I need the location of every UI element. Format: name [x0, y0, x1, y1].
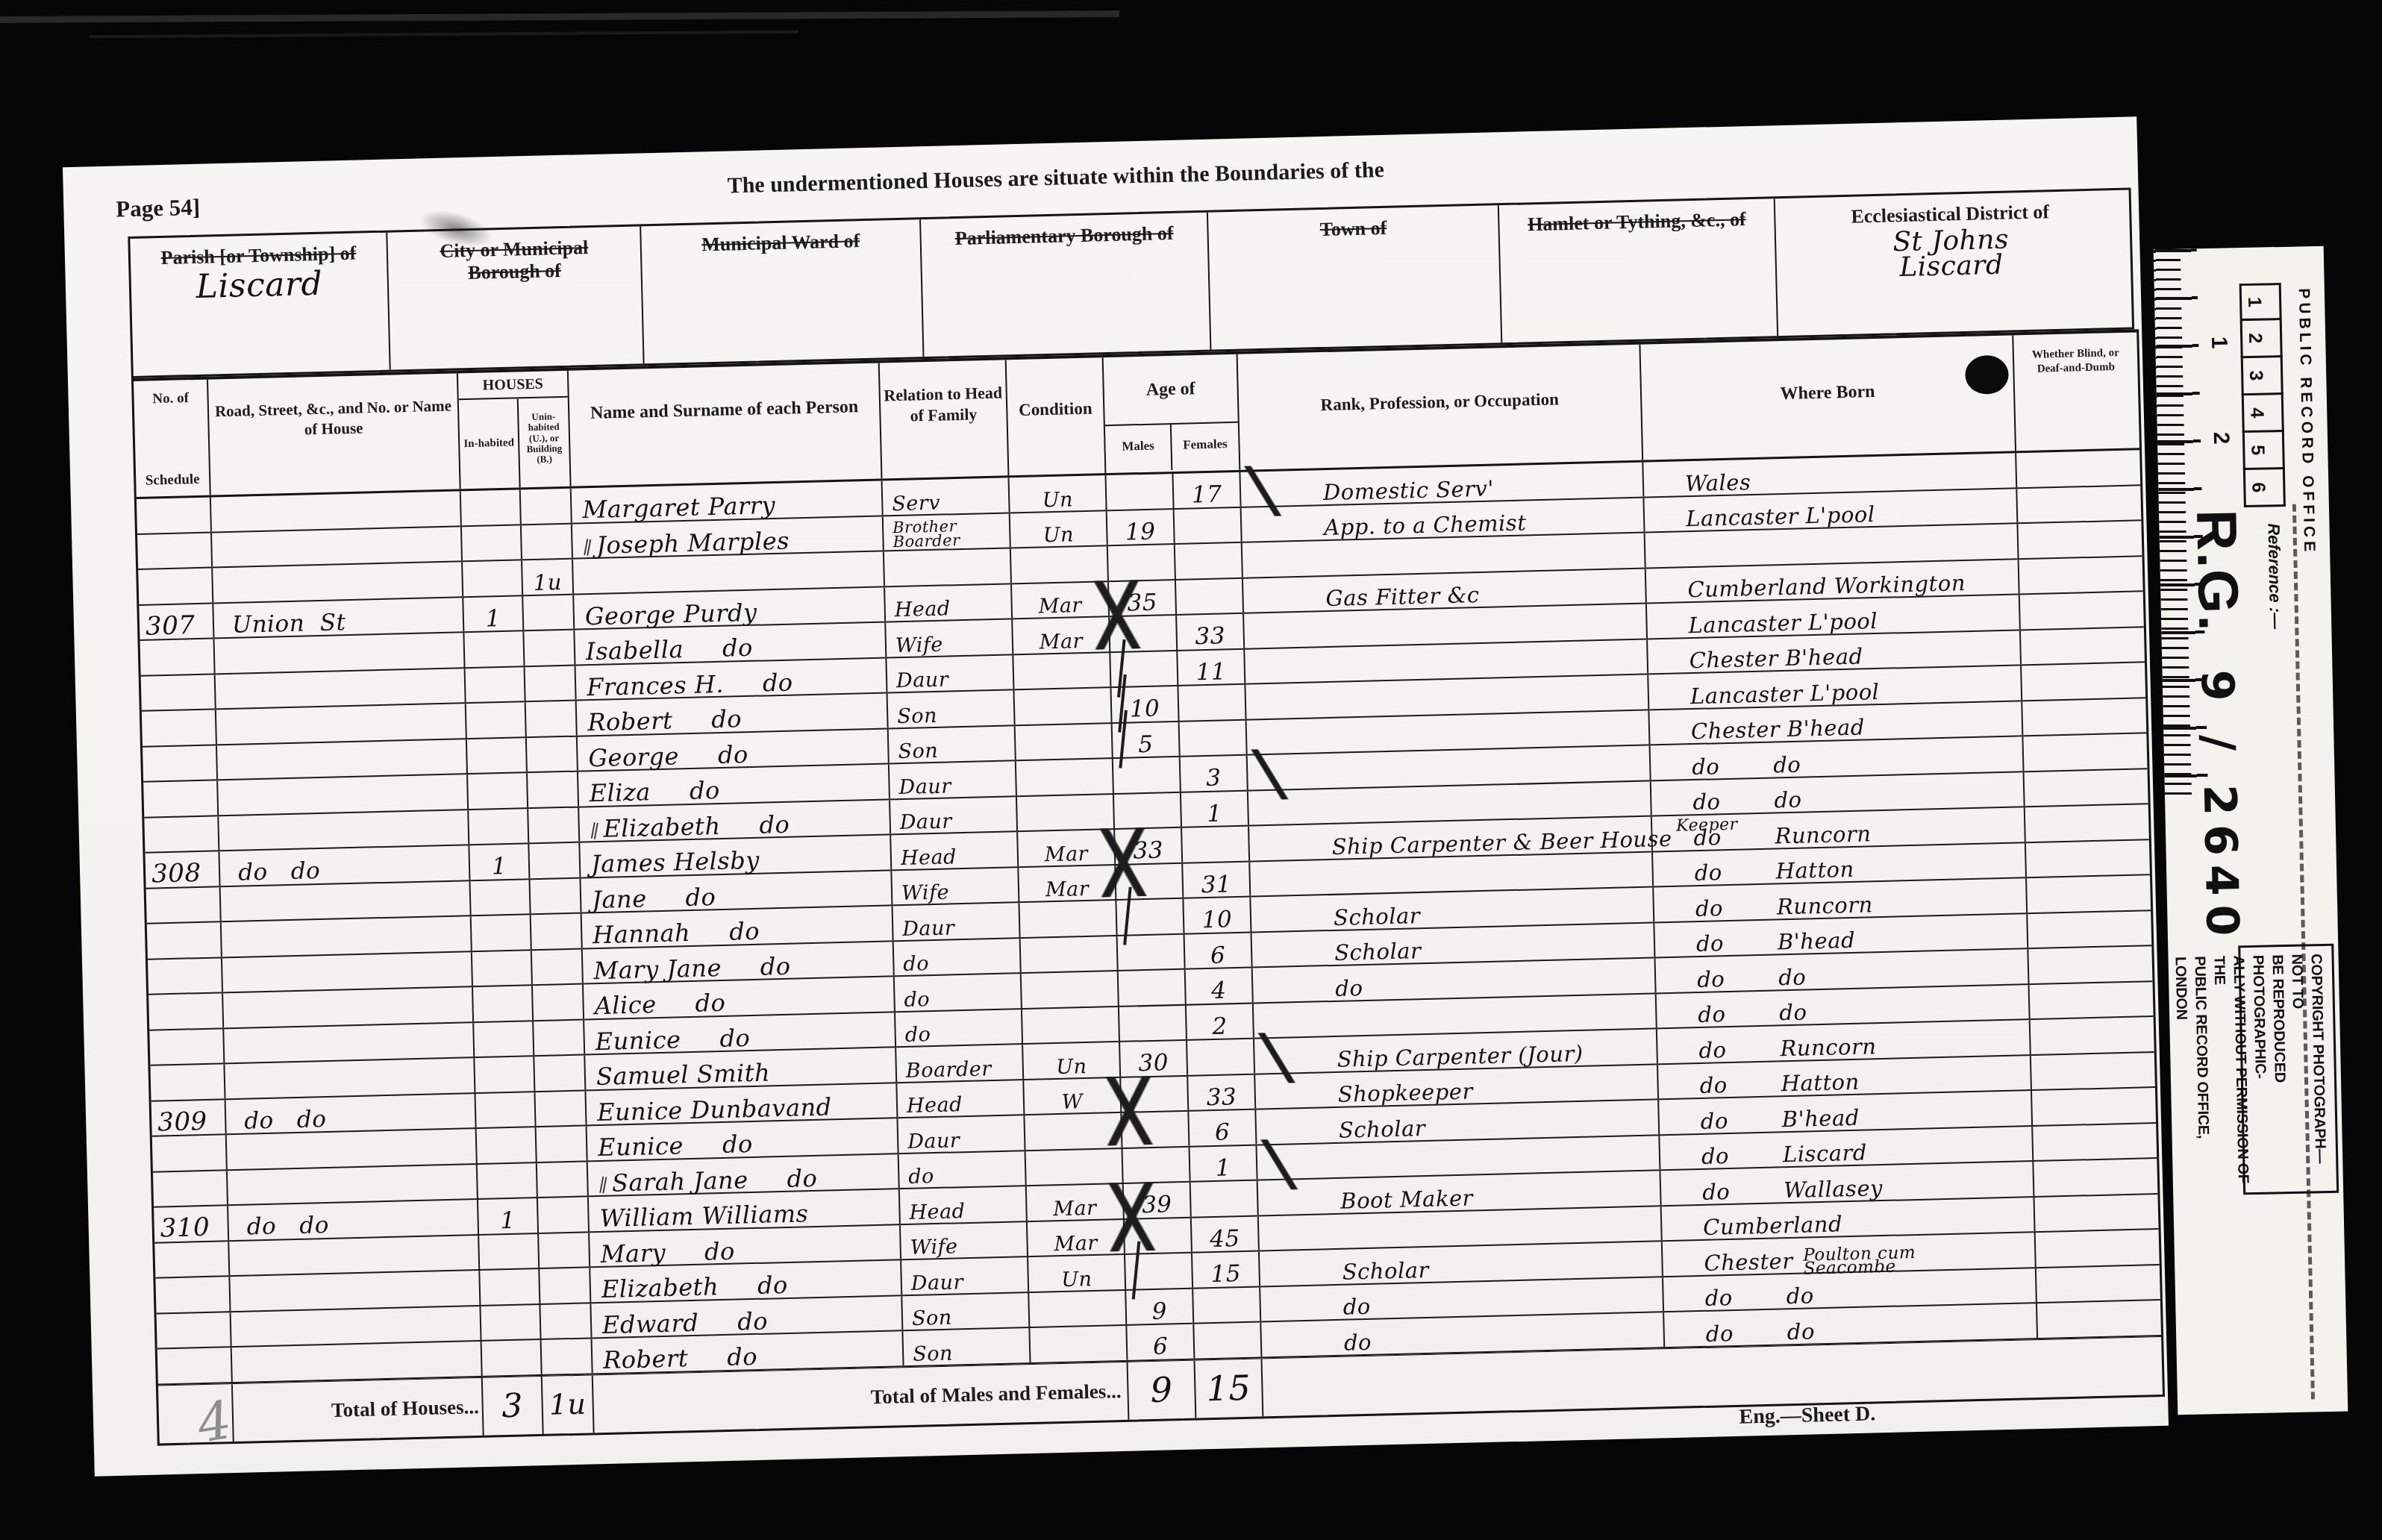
ditto-mark: do [760, 954, 790, 977]
header-where-born: Where Born [1640, 335, 2016, 460]
birthplace-text: B'head [1778, 930, 1856, 953]
ditto-mark: do [1692, 757, 1720, 777]
ditto-mark: do [1695, 898, 1724, 919]
occupation-text: Scholar [1334, 942, 1422, 964]
birthplace-text: do [1778, 967, 1807, 988]
cell-age-male [1125, 1253, 1193, 1289]
cell-schedule-number [143, 745, 218, 781]
cell-age-female: 17 [1173, 472, 1241, 508]
cell-blind [2022, 698, 2146, 736]
centimetre-scale-boxes: 123456 [2239, 283, 2286, 507]
ditto-mark: do [1694, 863, 1722, 884]
relation-text: Son [897, 707, 937, 727]
cell-uninhabited [537, 1162, 589, 1197]
occupation-text: Scholar [1334, 906, 1421, 928]
boundary-field: Municipal Ward of [641, 219, 924, 363]
cell-inhabited [468, 773, 528, 808]
ditto-mark: do [1702, 1182, 1731, 1203]
cell-age-male [1119, 1005, 1187, 1041]
occupation-text: do [1344, 1333, 1372, 1353]
relation-text: Daur [907, 1131, 960, 1151]
birthplace-text: Cumberland [1703, 1215, 1842, 1239]
cell-condition [1013, 653, 1111, 689]
scale-box-number: 4 [2242, 395, 2284, 433]
boundary-field: Ecclesiastical District ofSt Johns Lisca… [1775, 190, 2128, 336]
inch-number: 2 [2208, 431, 2233, 444]
cell-road [228, 1165, 478, 1205]
cell-uninhabited [522, 524, 573, 559]
cell-condition [1026, 1148, 1124, 1185]
person-name: Elizabeth [601, 1275, 719, 1300]
cell-inhabited [477, 1127, 537, 1162]
birthplace-text: Wallasey [1784, 1178, 1883, 1201]
reference-label: Reference :— [2263, 523, 2285, 629]
cell-inhabited [469, 809, 529, 844]
ditto-mark: do [787, 1167, 817, 1190]
boundary-field: City or Municipal Borough of [387, 226, 644, 369]
ditto-mark: do [718, 743, 748, 766]
cell-relation: Daur [887, 655, 1014, 692]
header-schedule: No. of Schedule [134, 380, 211, 497]
cell-blind [2028, 946, 2152, 983]
scale-box-number: 5 [2242, 432, 2285, 470]
boundary-field: Parish [or Township] ofLiscard [130, 233, 390, 376]
person-name: Isabella [586, 638, 684, 663]
cell-name: ∥Elizabethdo [579, 800, 891, 842]
cell-condition: Un [1010, 511, 1108, 548]
person-name: George [588, 745, 679, 769]
relation-text: do [908, 1167, 934, 1186]
cell-inhabited [475, 1092, 536, 1127]
person-name: Alice [594, 993, 657, 1017]
cell-road: do do [226, 1094, 477, 1134]
cell-blind [2036, 1230, 2160, 1267]
person-name: Eunice [595, 1028, 681, 1053]
cell-name: Hannahdo [582, 906, 894, 948]
birthplace-text: Runcorn [1777, 895, 1874, 918]
cell-relation: Daur [890, 797, 1018, 834]
ditto-mark: do [727, 1345, 757, 1368]
scale-box-number: 3 [2241, 357, 2283, 395]
occupation-superscript: Keeper [1676, 817, 1738, 834]
copyright-line: PUBLIC RECORD OFFICE, LONDON [2171, 956, 2215, 1189]
birthplace-text: do [1773, 755, 1801, 776]
cell-age-female: 33 [1177, 614, 1245, 650]
cell-inhabited: 1 [469, 844, 530, 879]
cell-uninhabited [534, 1055, 586, 1090]
cell-inhabited [482, 1340, 543, 1375]
cell-condition [1011, 546, 1109, 583]
cell-age-female [1175, 543, 1243, 579]
cell-age-male: 33 [1115, 828, 1183, 864]
cell-inhabited [466, 667, 526, 702]
cell-uninhabited [528, 772, 579, 807]
cell-age-female [1178, 685, 1246, 721]
relation-text: Daur [902, 918, 955, 939]
cell-relation: Boarder [896, 1045, 1024, 1082]
cell-relation: BrotherBoarder [884, 513, 1011, 551]
strip-content: PUBLIC RECORD OFFICE 123456 12 Reference… [2154, 246, 2348, 1415]
cell-name: William Williams [589, 1189, 901, 1231]
cell-condition: W [1024, 1077, 1122, 1114]
cell-road: do do [219, 845, 470, 886]
cell-relation: Daur [898, 1115, 1025, 1153]
cell-name: ∥Joseph Marples [572, 516, 884, 558]
cell-blind [2031, 1053, 2155, 1090]
cell-age-female: 45 [1192, 1216, 1260, 1252]
cell-blind [2016, 450, 2140, 487]
cell-blind [2026, 840, 2150, 877]
cell-schedule-number [137, 533, 213, 569]
cell-blind [2022, 663, 2145, 700]
cell-relation [884, 548, 1012, 586]
cell-age-female: 31 [1183, 862, 1251, 898]
cell-name: Frances H.do [575, 658, 887, 700]
cell-age-female: 15 [1192, 1251, 1260, 1287]
cell-condition: Mar [1019, 866, 1116, 902]
cell-inhabited: 1 [463, 596, 524, 631]
relation-text: Daur [898, 777, 951, 797]
cell-condition [1022, 971, 1119, 1008]
film-scratch [0, 10, 1119, 23]
cell-name: Marydo [590, 1225, 901, 1267]
person-name: Sarah Jane [612, 1168, 748, 1195]
cell-condition: Mar [1012, 582, 1110, 619]
cell-condition: Un [1010, 475, 1107, 512]
header-blind: Whether Blind, or Deaf-and-Dumb [2013, 332, 2139, 451]
scale-box-number: 1 [2239, 283, 2282, 321]
cell-condition: Un [1028, 1255, 1126, 1292]
cell-uninhabited [533, 984, 584, 1019]
person-name: Mary Jane [593, 957, 722, 983]
cell-schedule-number [142, 710, 217, 745]
boundary-field: Parliamentary Borough of [921, 213, 1211, 357]
relation-text: Head [909, 1202, 966, 1222]
ditto-mark: do [711, 707, 742, 730]
person-name: Jane [592, 887, 647, 911]
cell-uninhabited [534, 1020, 585, 1055]
header-inhabited: In-habited [459, 398, 521, 489]
person-name: Elizabeth [603, 815, 721, 840]
scale-box-number: 6 [2243, 469, 2286, 507]
cell-relation: Daur [890, 761, 1017, 798]
cell-name: Elizabethdo [590, 1260, 902, 1302]
cell-age-male [1108, 545, 1176, 580]
header-road: Road, Street, &c., and No. or Name of Ho… [208, 373, 461, 495]
birthplace-text: Lancaster L'pool [1690, 682, 1880, 707]
cell-uninhabited [539, 1233, 590, 1268]
header-houses: HOUSES In-habited Unin-habited (U.), or … [458, 371, 572, 489]
header-females: Females [1172, 423, 1239, 470]
cell-condition [1017, 795, 1115, 831]
ditto-mark: do [729, 920, 760, 943]
cell-age-male: 6 [1127, 1324, 1195, 1360]
birthplace-text: do [1774, 790, 1802, 811]
cell-age-female: 1 [1181, 791, 1249, 827]
ditto-mark: do [695, 992, 725, 1015]
cell-name: James Helsby [580, 835, 892, 877]
cell-blind [2037, 1300, 2161, 1338]
person-name: Samuel Smith [596, 1062, 771, 1089]
cell-name: Robertdo [577, 693, 889, 735]
cell-uninhabited [542, 1339, 593, 1374]
cell-condition: Mar [1018, 830, 1116, 866]
cell-uninhabited [538, 1197, 590, 1232]
person-name: Mary [600, 1242, 666, 1266]
cell-age-male: 9 [1126, 1289, 1194, 1324]
ditto-mark: do [757, 1274, 788, 1297]
cell-age-male: 19 [1107, 509, 1175, 545]
cell-blind [2031, 1017, 2154, 1054]
header-age: Age of Males Females [1104, 354, 1241, 473]
ditto-mark: do [759, 813, 790, 836]
copyright-line: ALLY WITHOUT PERMISSION OF THE [2210, 955, 2254, 1189]
cell-blind [2017, 486, 2141, 523]
cell-road [212, 527, 463, 567]
ditto-mark: do [1701, 1111, 1729, 1132]
cell-inhabited [466, 702, 527, 737]
cell-inhabited [475, 1057, 535, 1092]
cell-uninhabited [540, 1268, 591, 1303]
relation-text: Head [895, 600, 951, 620]
cell-inhabited: 1 [478, 1198, 539, 1233]
cell-relation: Daur [893, 903, 1020, 940]
cell-uninhabited [532, 949, 584, 984]
cell-uninhabited: 1u [522, 560, 574, 595]
ditto-mark: do [722, 1133, 753, 1156]
ditto-mark: do [1706, 1324, 1734, 1345]
cell-relation: do [895, 1010, 1023, 1047]
birthplace-text: Runcorn [1780, 1036, 1877, 1059]
cell-age-female [1182, 827, 1250, 863]
cell-age-female: 33 [1188, 1074, 1256, 1110]
cell-relation: Wife [892, 868, 1019, 905]
reference-number: 9 / 2640 [2190, 669, 2248, 945]
cell-schedule-number [146, 887, 222, 923]
boundary-field-value: Liscard [131, 267, 387, 304]
ditto-mark: do [1704, 1288, 1733, 1309]
cell-blind [2034, 1195, 2158, 1232]
totals-males-value: 9 [1128, 1360, 1197, 1419]
cell-age-male [1125, 1218, 1192, 1253]
enumerator-tick: ∥ [582, 539, 594, 558]
cell-uninhabited [526, 701, 578, 736]
ditto-mark: do [1696, 934, 1725, 955]
cell-name: Edwarddo [591, 1296, 903, 1338]
cell-blind [2025, 804, 2149, 842]
cell-schedule-number [150, 1064, 225, 1100]
scale-box-number: 2 [2240, 320, 2283, 358]
cell-age-male: 30 [1120, 1041, 1188, 1077]
cell-schedule-number [141, 674, 216, 710]
person-name: Margaret Parry [582, 494, 775, 522]
cell-schedule-number [155, 1277, 231, 1312]
cell-uninhabited [530, 878, 581, 913]
ink-blot [1965, 355, 2009, 395]
cell-inhabited [473, 986, 534, 1021]
birthplace-text: B'head [1782, 1108, 1860, 1130]
occupation-text: do [1343, 1297, 1372, 1318]
cell-uninhabited [537, 1126, 588, 1161]
cell-name: Elizado [578, 764, 890, 806]
person-name: Frances H. [587, 672, 724, 698]
cell-condition: Un [1023, 1042, 1121, 1079]
relation-text: BrotherBoarder [893, 519, 960, 549]
cell-age-female: 2 [1187, 1004, 1254, 1039]
relation-text: Serv [892, 493, 940, 513]
cell-relation: Son [889, 726, 1016, 763]
birthplace-text: do [1787, 1321, 1816, 1342]
birthplace-text: Hatton [1781, 1072, 1860, 1095]
birthplace-text: Liscard [1783, 1143, 1868, 1165]
cell-inhabited [481, 1305, 541, 1340]
cell-name [573, 551, 885, 593]
boundary-field-label: Parliamentary Borough of [954, 222, 1173, 250]
cell-blind [2021, 627, 2145, 665]
ditto-mark: do [704, 1239, 735, 1262]
cell-condition [1021, 936, 1119, 972]
cell-inhabited [478, 1163, 538, 1198]
cell-inhabited [480, 1269, 540, 1304]
cell-road [218, 774, 469, 815]
relation-text: Daur [896, 671, 949, 691]
cell-blind [2027, 875, 2151, 913]
ditto-mark: do [1698, 1005, 1726, 1026]
cell-schedule-number [157, 1312, 232, 1348]
road-text: do do [244, 1109, 327, 1133]
cell-schedule-number [152, 1135, 228, 1171]
ditto-mark: do [690, 779, 720, 802]
ditto-mark: do [1699, 1076, 1728, 1097]
person-name: Eunice [598, 1134, 684, 1159]
enumerator-tick: ∥ [598, 1177, 610, 1195]
cell-relation: do [894, 939, 1022, 976]
cell-name: Margaret Parry [572, 481, 884, 523]
cell-name: Eunicedo [584, 1012, 896, 1054]
microfilm-background: Page 54] The undermentioned Houses are s… [0, 0, 2382, 1540]
cell-name: Alicedo [584, 977, 895, 1018]
enumerator-tick: ∥ [589, 822, 601, 841]
cell-road [232, 1342, 483, 1382]
ditto-mark: do [722, 636, 753, 660]
ditto-mark: do [762, 671, 793, 694]
cell-road [217, 739, 468, 780]
relation-text: do [904, 990, 930, 1010]
census-table: No. of Schedule Road, Street, &c., and N… [131, 329, 2165, 1445]
person-name: Edward [602, 1311, 699, 1336]
sheet-label: Eng.—Sheet D. [1739, 1402, 1876, 1429]
cell-road [225, 1058, 475, 1098]
cell-condition: Mar [1028, 1219, 1125, 1256]
cell-blind [2028, 911, 2151, 948]
person-name: James Helsby [591, 849, 760, 876]
cell-name: Eunice Dunbavand [586, 1083, 898, 1125]
cell-age-male [1119, 970, 1187, 1006]
cell-relation: Wife [886, 619, 1013, 657]
header-occupation: Rank, Profession, or Occupation [1238, 345, 1644, 470]
cell-age-female [1180, 720, 1248, 756]
cell-name: Isabellado [575, 622, 887, 664]
occupation-text: Shopkeeper [1338, 1082, 1474, 1106]
person-name: Hannah [593, 921, 691, 947]
cell-age-male [1114, 792, 1182, 828]
cell-condition [1029, 1290, 1127, 1327]
cell-schedule-number [157, 1347, 233, 1383]
cell-age-male [1121, 1076, 1189, 1112]
cell-road [216, 704, 467, 744]
pro-office-label: PUBLIC RECORD OFFICE [2295, 288, 2318, 555]
boundary-field-label: Town of [1319, 217, 1387, 241]
cell-age-female: 10 [1184, 898, 1251, 933]
cell-relation: Son [903, 1328, 1031, 1365]
ditto-mark: do [1692, 792, 1721, 813]
birthplace-text: Lancaster L'pool [1688, 611, 1878, 636]
cell-age-male [1122, 1112, 1190, 1148]
cell-inhabited [467, 738, 528, 773]
cell-relation: Son [888, 690, 1016, 727]
person-name: George Purdy [585, 601, 757, 627]
birthplace-text: Runcorn [1775, 824, 1872, 847]
cell-uninhabited [521, 489, 572, 524]
totals-inhabited-value: 3 [483, 1377, 544, 1436]
cell-blind [2034, 1159, 2157, 1196]
cell-road [227, 1129, 478, 1169]
boundary-field: Hamlet or Tything, &c., of [1499, 198, 1778, 342]
ditto-mark: do [737, 1309, 768, 1333]
cell-age-female [1194, 1322, 1262, 1358]
cell-road [211, 491, 462, 531]
cell-road [222, 916, 472, 957]
cell-blind [2036, 1265, 2160, 1303]
birthplace-text: Chester B'head [1689, 647, 1863, 672]
cell-schedule-number [147, 922, 222, 958]
cell-road [231, 1306, 482, 1346]
cell-relation: Head [900, 1186, 1028, 1224]
cell-road [224, 1023, 475, 1063]
cell-road [221, 881, 472, 921]
cell-schedule-number [148, 958, 223, 994]
cell-uninhabited [540, 1303, 592, 1339]
census-page: Page 54] The undermentioned Houses are s… [63, 116, 2169, 1476]
film-scratch [90, 31, 798, 39]
cell-schedule-number [149, 1029, 225, 1065]
person-name: Joseph Marples [596, 529, 790, 557]
totals-males-females-label: Total of Males and Females... [593, 1362, 1130, 1432]
occupation-text: App. to a Chemist [1324, 513, 1527, 539]
cell-schedule-number [137, 497, 212, 533]
cell-age-male [1118, 934, 1186, 970]
cell-condition: Mar [1013, 617, 1110, 654]
cell-inhabited [464, 631, 525, 666]
occupation-text: Ship Carpenter (Jour) [1337, 1044, 1584, 1071]
cell-uninhabited [535, 1091, 587, 1126]
cell-road [230, 1271, 481, 1311]
cell-age-male [1116, 863, 1184, 899]
cell-road [216, 669, 466, 709]
cell-age-female: 6 [1189, 1110, 1257, 1146]
boundary-field-value: St Johns Liscard [1776, 225, 2127, 284]
cell-age-male: 5 [1113, 722, 1181, 757]
cell-name: Eunicedo [587, 1118, 899, 1160]
relation-text: Wife [910, 1238, 957, 1258]
ditto-mark: do [719, 1027, 750, 1050]
cell-blind [2033, 1124, 2157, 1161]
cell-age-male [1113, 757, 1181, 793]
person-name: Eliza [589, 780, 651, 804]
totals-uninhabited-value: 1u [543, 1375, 595, 1434]
cell-age-male: 10 [1111, 686, 1179, 722]
cell-uninhabited [524, 630, 575, 666]
